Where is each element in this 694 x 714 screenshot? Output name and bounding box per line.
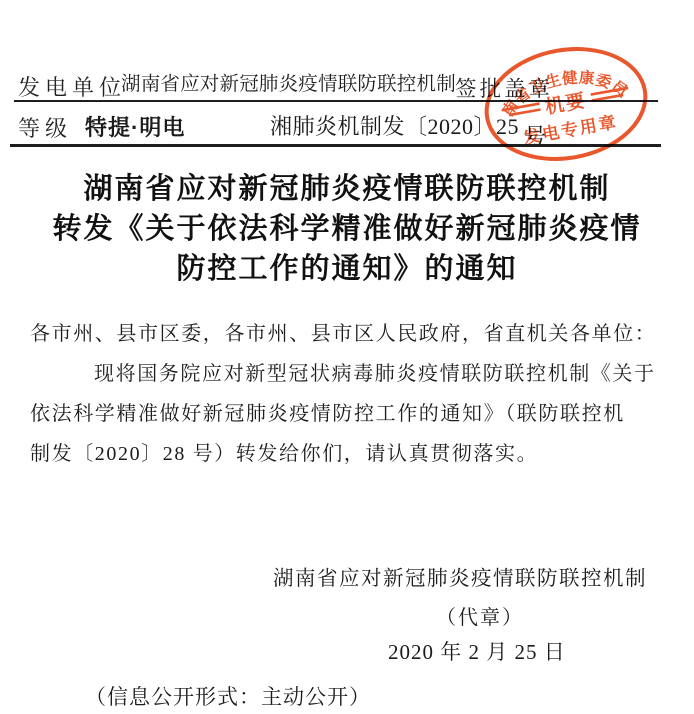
title-line-3: 防控工作的通知》的通知 bbox=[0, 249, 694, 289]
grade-label: 等级 bbox=[18, 112, 72, 143]
header-divider-bottom bbox=[10, 144, 661, 147]
paragraph-line-3: 制发〔2020〕28 号）转发给你们，请认真贯彻落实。 bbox=[30, 434, 670, 474]
sending-unit-value: 湖南省应对新冠肺炎疫情联防联控机制 bbox=[121, 68, 456, 96]
sending-unit-label: 发电单位 bbox=[18, 71, 126, 102]
title-line-2: 转发《关于依法科学精准做好新冠肺炎疫情 bbox=[0, 209, 694, 249]
paragraph-line-2: 依法科学精准做好新冠肺炎疫情防控工作的通知》（联防联控机 bbox=[30, 394, 670, 434]
paragraph-line-1: 现将国务院应对新型冠状病毒肺炎疫情联防联控机制《关于 bbox=[30, 354, 670, 394]
stamp-right-line-1 bbox=[591, 88, 628, 95]
document-page: 发电单位 湖南省应对新冠肺炎疫情联防联控机制 签批盖章 等级 特提·明电 湘肺炎… bbox=[0, 0, 694, 714]
salutation-line: 各市州、县市区委，各市州、县市区人民政府，省直机关各单位： bbox=[30, 314, 670, 354]
stamp-ellipse-border bbox=[478, 37, 654, 171]
grade-value: 特提·明电 bbox=[85, 111, 185, 142]
signature-seal-note: （代章） bbox=[420, 601, 540, 630]
official-seal-stamp: 湖南省卫生健康委员会 机要 发电专用章 bbox=[450, 20, 682, 188]
document-title: 湖南省应对新冠肺炎疫情联防联控机制 转发《关于依法科学精准做好新冠肺炎疫情 防控… bbox=[0, 169, 694, 289]
signature-organization: 湖南省应对新冠肺炎疫情联防联控机制 bbox=[273, 561, 647, 591]
signature-date: 2020 年 2 月 25 日 bbox=[388, 636, 566, 666]
header-divider-top bbox=[14, 100, 658, 102]
title-line-1: 湖南省应对新冠肺炎疫情联防联控机制 bbox=[0, 169, 694, 209]
document-number: 湘肺炎机制发〔2020〕25 bbox=[270, 110, 519, 141]
sign-seal-label: 签批盖章 bbox=[455, 72, 553, 103]
document-body: 各市州、县市区委，各市州、县市区人民政府，省直机关各单位： 现将国务院应对新型冠… bbox=[30, 314, 670, 474]
disclosure-note: （信息公开形式：主动公开） bbox=[85, 681, 371, 711]
